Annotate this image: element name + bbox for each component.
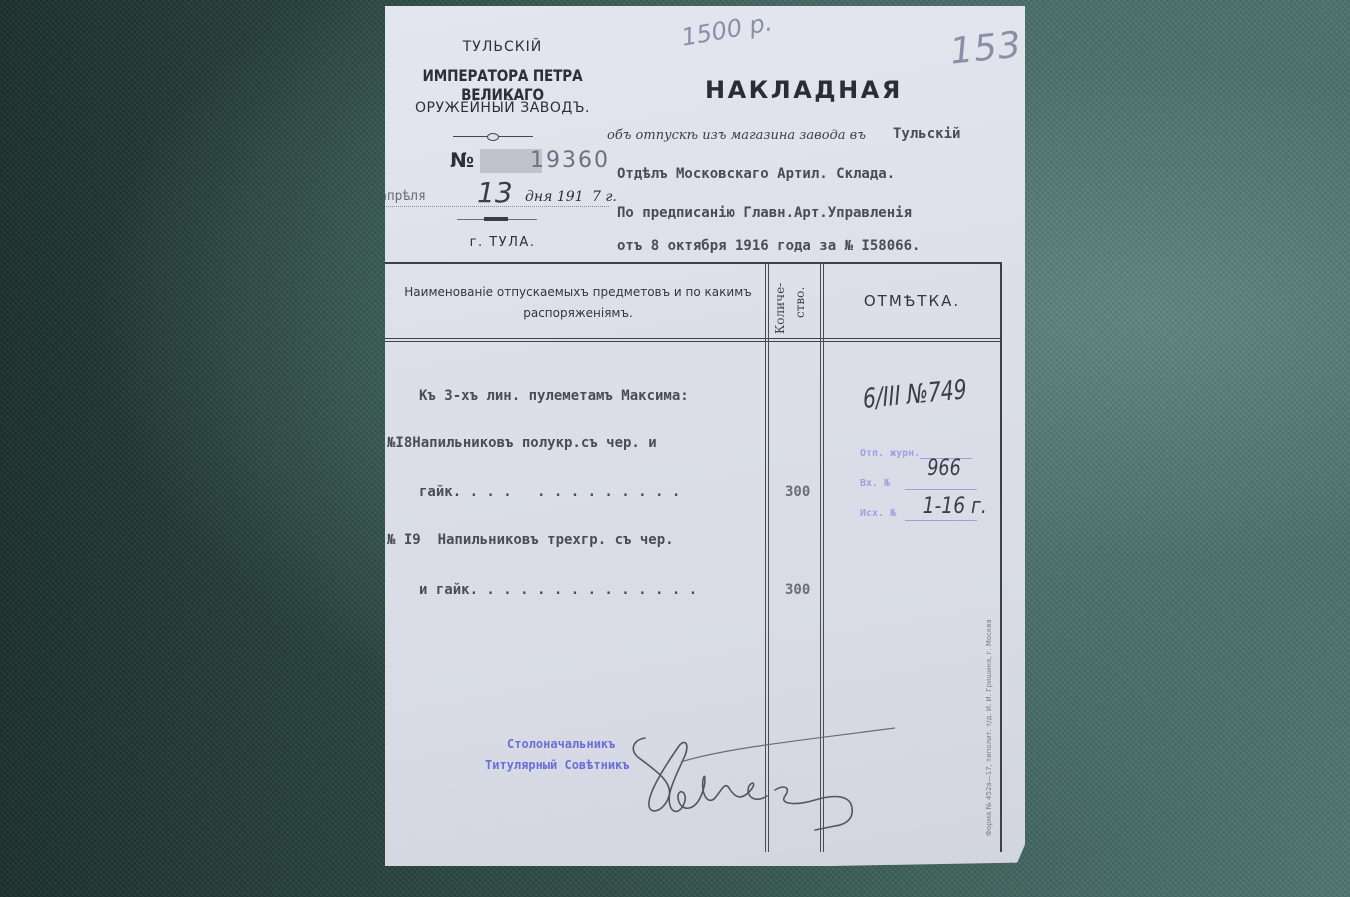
official-stamp-rank: Титулярный Совѣтникъ: [485, 758, 630, 772]
official-stamp-title: Столоначальникъ: [507, 737, 615, 751]
destination-line-3: По предписанiю Главн.Арт.Управленiя: [617, 205, 912, 221]
table-border-top: [383, 262, 1002, 264]
factory-name-line-1: ТУЛЬСКIЙ: [385, 39, 620, 55]
row-quantity: 300: [785, 484, 810, 500]
quantity-label-line-2: ство.: [793, 287, 807, 318]
destination-printed-prefix: объ отпускѣ изъ магазина завода въ: [607, 128, 866, 143]
factory-name-line-3: ОРУЖЕЙНЫЙ ЗАВОДЪ.: [385, 100, 620, 116]
handwritten-entry-date: 1-16 г.: [923, 494, 987, 519]
date-day: 13: [477, 176, 513, 209]
quantity-label-line-1: Количе-: [773, 283, 787, 334]
table-border-left: [383, 262, 385, 340]
column-header-quantity: Количе- ство.: [765, 268, 817, 336]
table-row: и гайк. . . . . . . . . . . . . .: [419, 582, 697, 598]
table-border-right: [1000, 262, 1002, 852]
table-row: №I8Напильниковъ полукр.съ чер. и: [387, 435, 657, 451]
invoice-document: ТУЛЬСКIЙ ИМПЕРАТОРА ПЕТРА ВЕЛИКАГО ОРУЖЕ…: [385, 6, 1025, 866]
handwritten-entry-number: 966: [927, 456, 961, 481]
destination-line-4: отъ 8 октября 1916 года за № I58066.: [617, 238, 920, 254]
table-row: Къ 3-хъ лин. пулеметамъ Максима:: [419, 388, 689, 404]
column-header-item-name: Наименованiе отпускаемыхъ предметовъ и п…: [393, 282, 763, 324]
row-quantity: 300: [785, 582, 810, 598]
table-header-divider: [383, 338, 1002, 339]
stamp-rule: [905, 520, 977, 521]
pencil-price-note: 1500 р.: [679, 8, 774, 51]
date-day-label: дня 191: [525, 189, 584, 205]
ornament-divider-2: [457, 217, 537, 221]
number-sign: №: [450, 148, 474, 172]
signature-icon: [625, 726, 925, 836]
form-printer-note: Форма № 452а—17, типолит. т/д. И. И. Гри…: [985, 619, 993, 836]
column-header-remark: ОТМѢТКА.: [823, 292, 1001, 310]
document-title: НАКЛАДНАЯ: [705, 76, 903, 104]
destination-line-2: Отдѣлъ Московскаго Артил. Склада.: [617, 166, 895, 182]
destination-line-1: Тульскiй: [893, 126, 960, 142]
stamp-label: Исх. №: [860, 508, 896, 519]
factory-name-line-2: ИМПЕРАТОРА ПЕТРА ВЕЛИКАГО: [403, 66, 603, 104]
date-month: апрѣля: [379, 189, 426, 204]
city-label: г. ТУЛА.: [385, 235, 620, 250]
table-header-divider-2: [383, 341, 1002, 342]
stamp-rule: [905, 489, 977, 490]
table-row: № I9 Напильниковъ трехгр. съ чер.: [387, 532, 674, 548]
stamp-label: Отп. журн.: [860, 448, 920, 459]
stamp-label: Вх. №: [860, 478, 890, 489]
date-year-suffix: 7 г.: [592, 189, 617, 205]
document-number: 19360: [530, 148, 610, 173]
ornament-divider: [453, 132, 533, 142]
table-row: гайк. . . . . . . . . . . . .: [419, 484, 680, 500]
pencil-sheet-number: 153: [948, 24, 1024, 72]
